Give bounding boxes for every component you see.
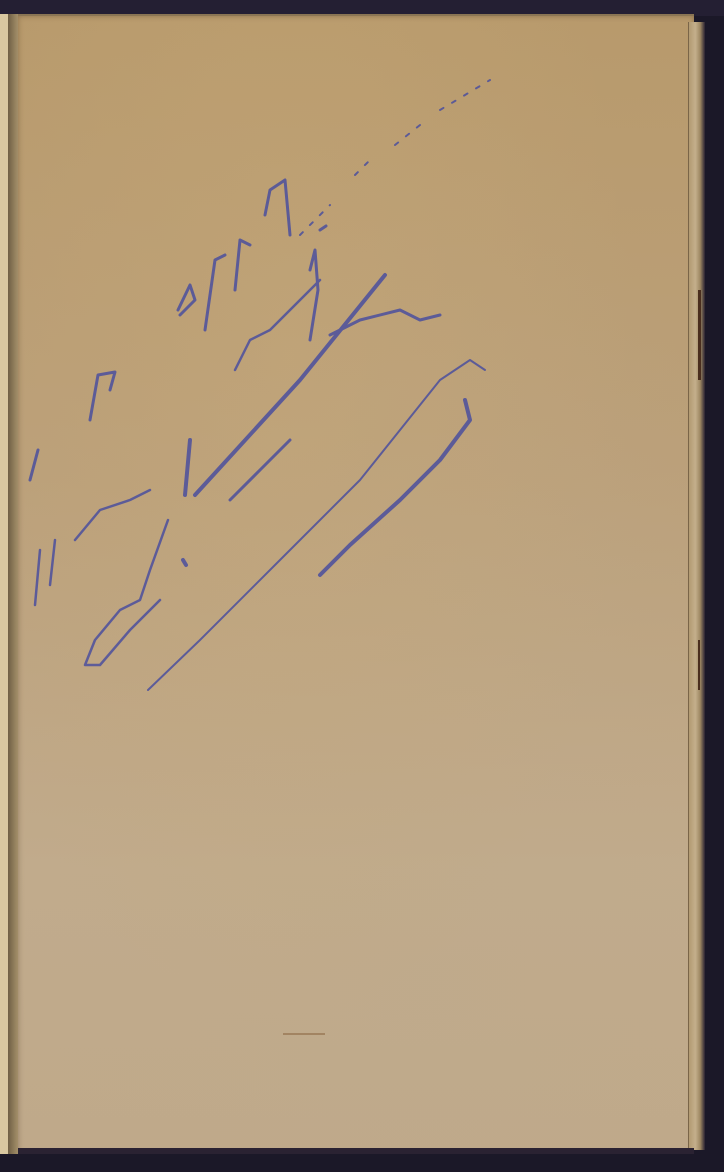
- scanned-page-image: [0, 0, 724, 1172]
- handwritten-inscription: [0, 0, 724, 1172]
